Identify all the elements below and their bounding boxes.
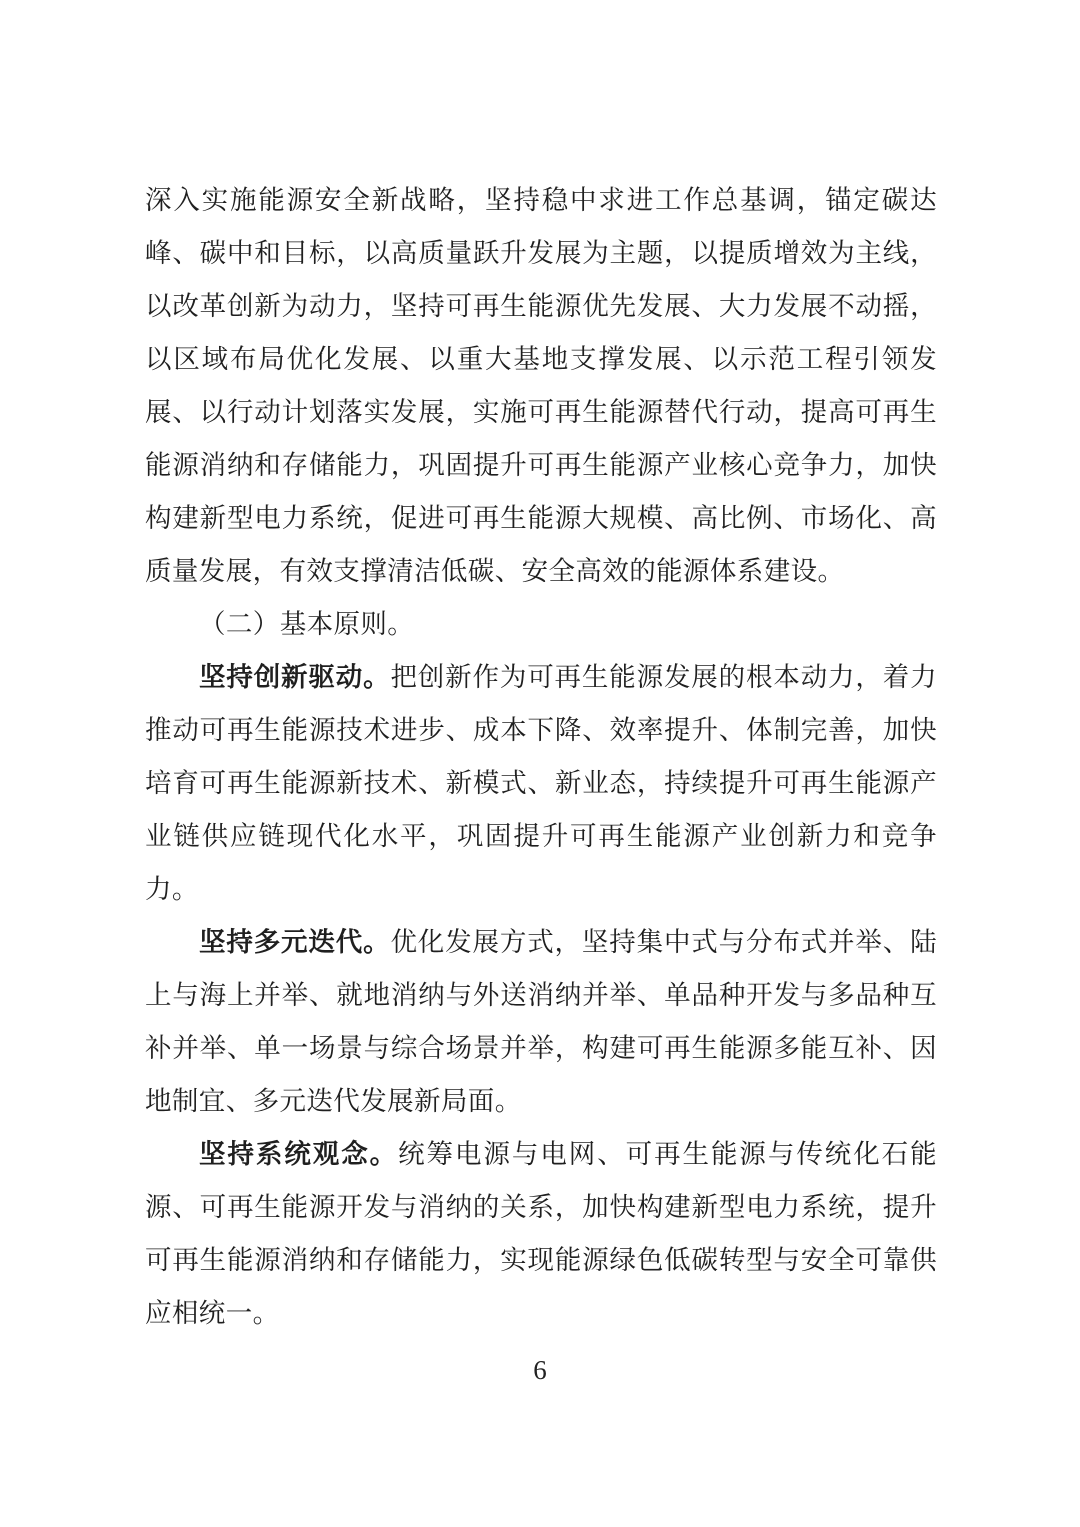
paragraph-principle-diversified: 坚持多元迭代。优化发展方式，坚持集中式与分布式并举、陆上与海上并举、就地消纳与外… xyxy=(145,916,937,1128)
principle-lead: 坚持创新驱动。 xyxy=(199,662,390,692)
section-heading-text: （二）基本原则。 xyxy=(199,609,414,639)
document-body: 深入实施能源安全新战略，坚持稳中求进工作总基调，锚定碳达峰、碳中和目标，以高质量… xyxy=(145,174,937,1340)
paragraph-text: 把创新作为可再生能源发展的根本动力，着力推动可再生能源技术进步、成本下降、效率提… xyxy=(145,662,937,904)
paragraph-continuation: 深入实施能源安全新战略，坚持稳中求进工作总基调，锚定碳达峰、碳中和目标，以高质量… xyxy=(145,174,937,598)
section-heading: （二）基本原则。 xyxy=(145,598,937,651)
document-page: 深入实施能源安全新战略，坚持稳中求进工作总基调，锚定碳达峰、碳中和目标，以高质量… xyxy=(0,0,1080,1527)
principle-lead: 坚持系统观念。 xyxy=(199,1139,398,1169)
page-number: 6 xyxy=(0,1352,1080,1388)
paragraph-principle-system: 坚持系统观念。统筹电源与电网、可再生能源与传统化石能源、可再生能源开发与消纳的关… xyxy=(145,1128,937,1340)
paragraph-text: 深入实施能源安全新战略，坚持稳中求进工作总基调，锚定碳达峰、碳中和目标，以高质量… xyxy=(145,185,937,586)
principle-lead: 坚持多元迭代。 xyxy=(199,927,390,957)
paragraph-principle-innovation: 坚持创新驱动。把创新作为可再生能源发展的根本动力，着力推动可再生能源技术进步、成… xyxy=(145,651,937,916)
